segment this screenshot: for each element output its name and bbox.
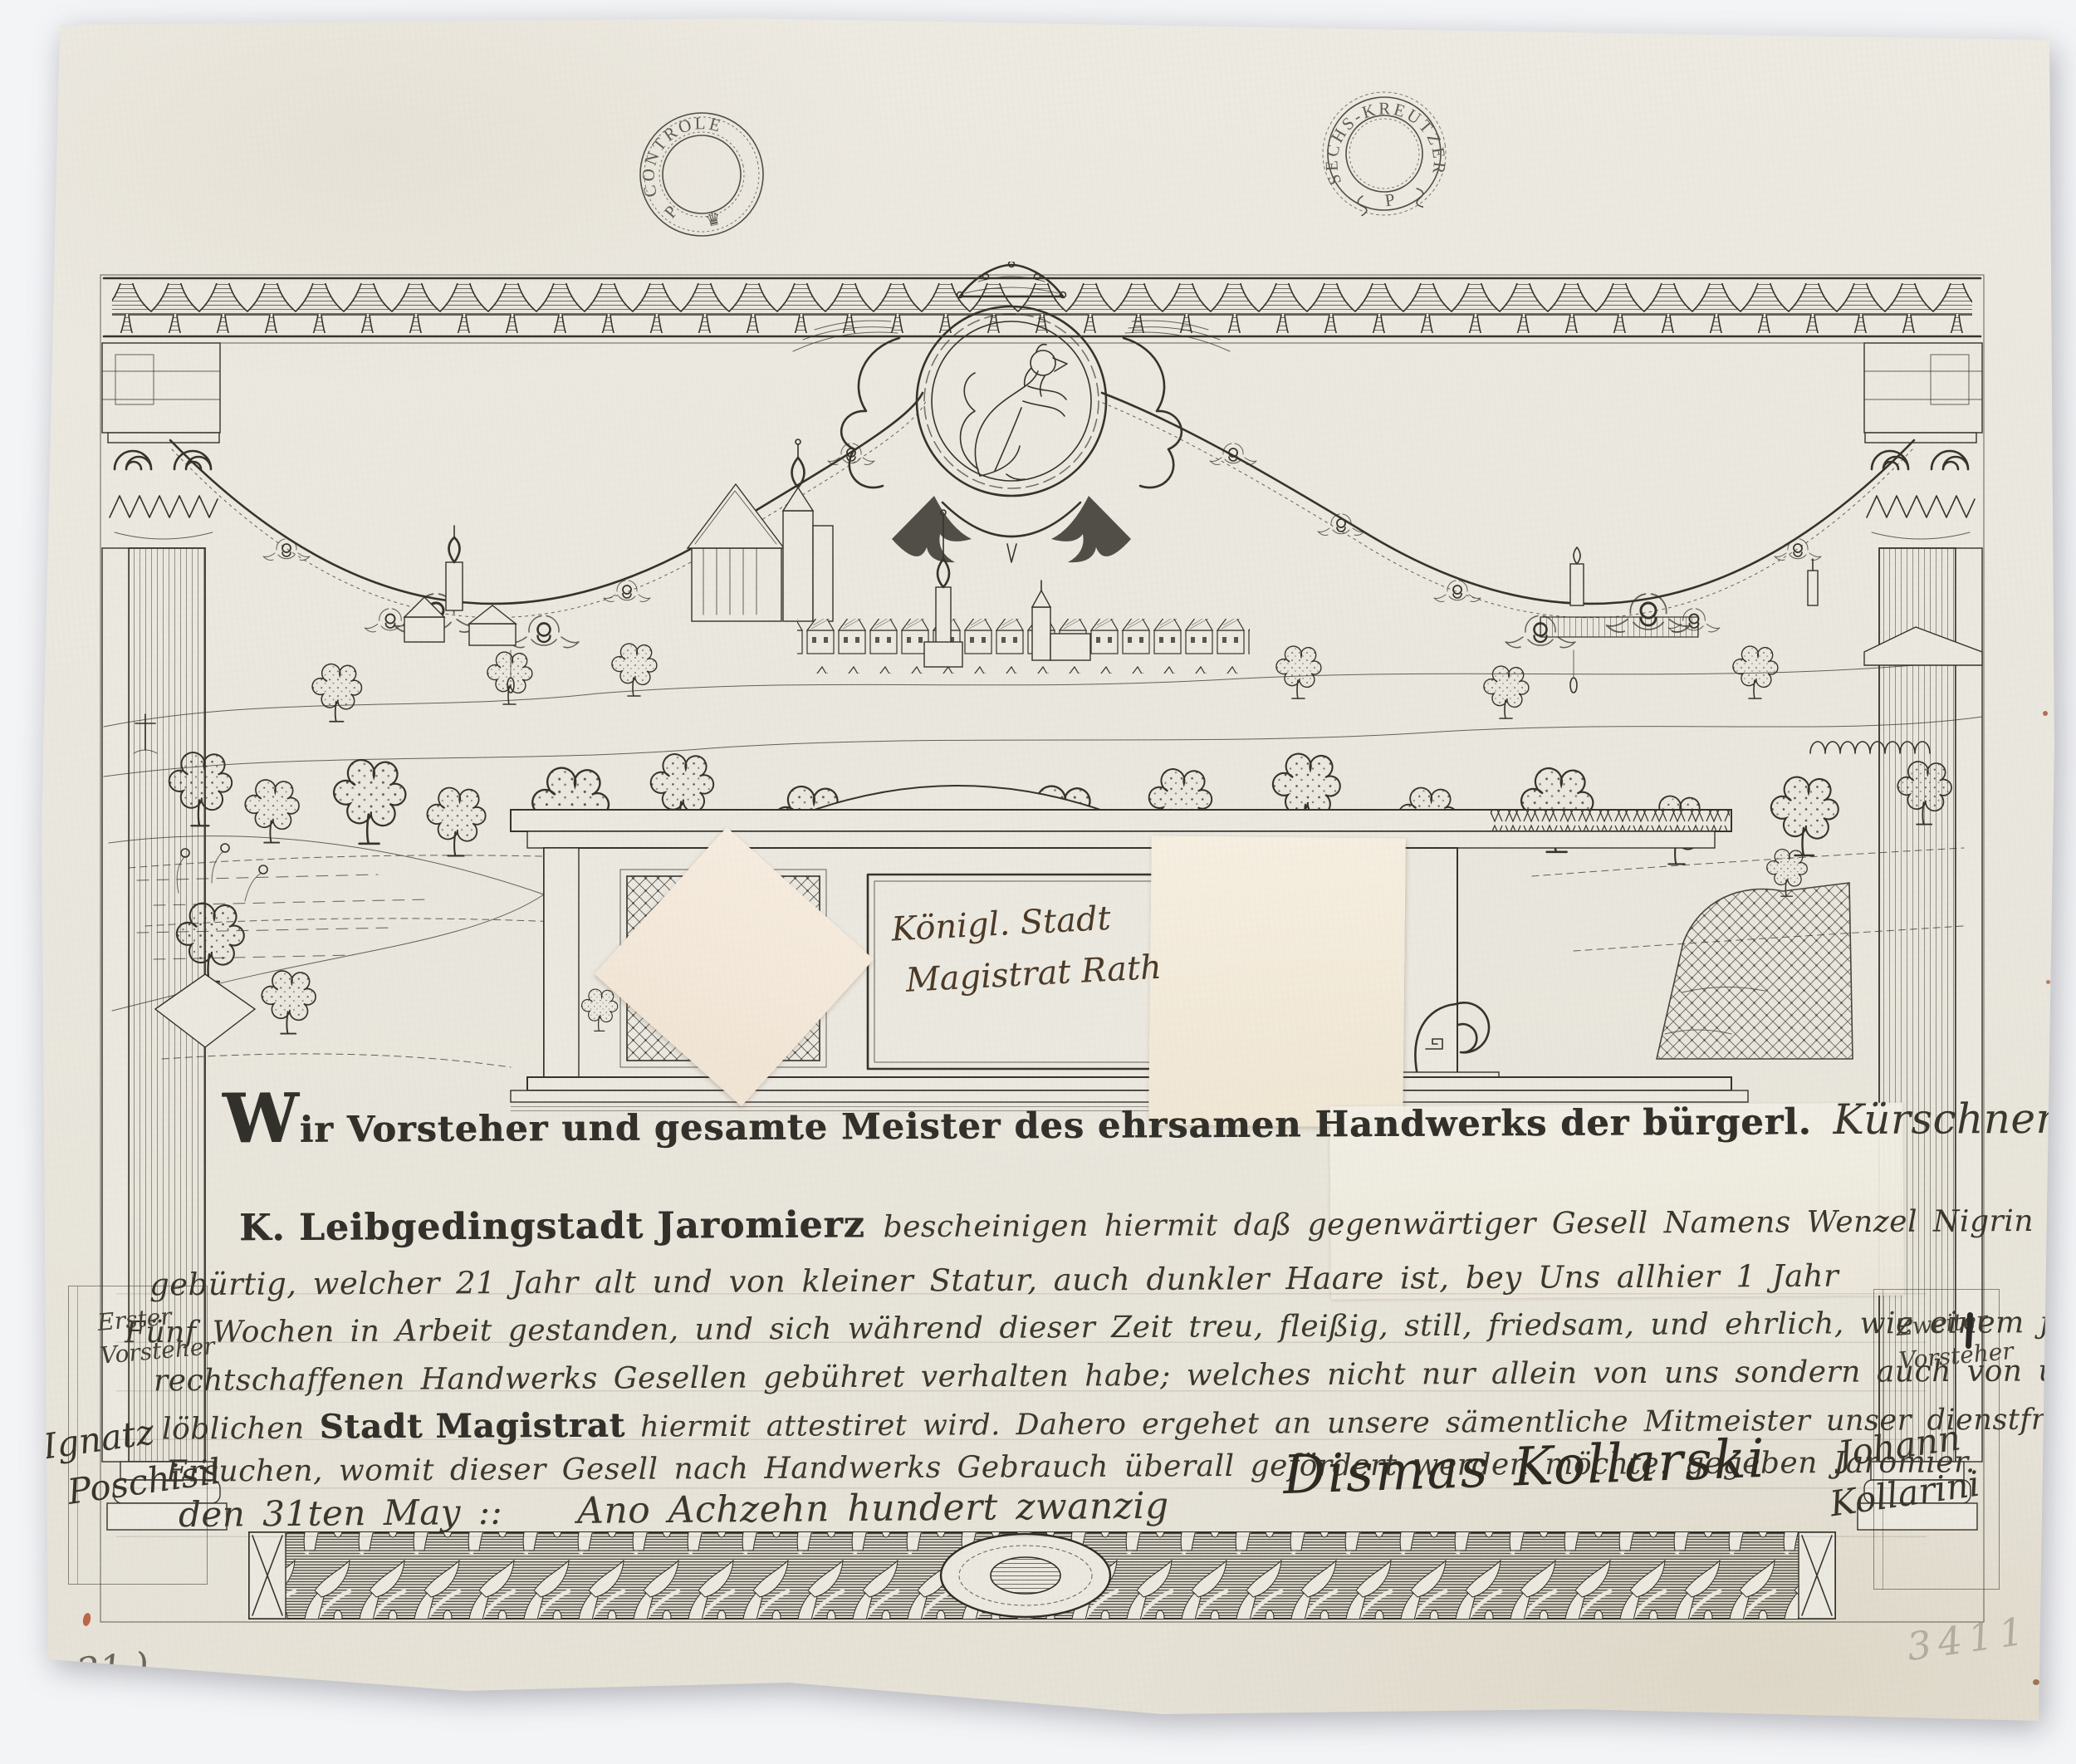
right-margin-box: Zweiter Vorsteher Johann Kollarini	[1873, 1289, 2000, 1590]
paper-wrap: CONTROLE ♛ P SECHS-KREUTZER P	[0, 0, 2076, 1764]
bottom-oak-frieze	[249, 1532, 1835, 1619]
tax-stamp-bottom-letter: P	[1383, 189, 1398, 211]
line8-year: Ano Achzehn hundert zwanzig	[577, 1485, 1169, 1532]
braid-strip	[1491, 811, 1730, 831]
line1-handwritten-text: Kürschner in der	[1833, 1094, 2076, 1144]
monument-inscription: Königl. Stadt Magistrat Rath	[890, 889, 1169, 1007]
houses-row	[797, 619, 1250, 674]
line2-handwritten-text: bescheinigen hiermit daß gegenwärtiger G…	[884, 1202, 2076, 1244]
cartouche-right-scroll	[1124, 338, 1182, 488]
line8-date: den 31ten May ::	[179, 1492, 503, 1535]
body-line-2: K. Leibgedingstadt Jaromierz bescheinige…	[239, 1198, 1917, 1250]
tax-stamp-text: SECHS-KREUTZER	[1313, 90, 1452, 194]
foxing-spot	[2046, 980, 2050, 984]
line2-printed-text: K. Leibgedingstadt Jaromierz	[239, 1203, 865, 1249]
tax-stamp-seal: SECHS-KREUTZER P	[1305, 74, 1464, 233]
main-church	[688, 439, 833, 621]
line6-printed-text: Stadt Magistrat	[319, 1406, 625, 1447]
control-stamp-side-letter: P	[660, 200, 683, 223]
pasted-patch-rectangle	[1148, 835, 1406, 1127]
cartouche-left-scroll	[841, 338, 899, 488]
line1-printed-text: Wir Vorsteher und gesamte Meister des eh…	[223, 1090, 1812, 1151]
right-corinthian-capital	[1865, 433, 1976, 539]
left-village-church	[404, 526, 516, 645]
right-cliff	[1657, 850, 1853, 1059]
foxing-spot	[2033, 1679, 2039, 1685]
inventory-number-ink: 21.)	[75, 1644, 150, 1693]
left-corinthian-capital	[108, 433, 219, 539]
control-stamp-text: CONTROLE	[626, 107, 738, 199]
body-line-1: Wir Vorsteher und gesamte Meister des eh…	[223, 1090, 1908, 1154]
control-stamp-seal: CONTROLE ♛ P	[618, 91, 786, 258]
rampant-lion-emblem	[961, 345, 1068, 480]
left-margin-box: Erster Vorsteher Ignatz Poschisil	[68, 1286, 208, 1585]
cartouche-wreath-ring	[924, 314, 1099, 488]
frieze-center-medallion	[941, 1534, 1110, 1617]
paper-sheet: CONTROLE ♛ P SECHS-KREUTZER P	[0, 0, 2076, 1764]
foxing-spot	[2043, 711, 2048, 716]
crown-icon: ♛	[703, 208, 725, 231]
photographed-document: { "page": {"backdrop": "#f3f4f6", "paper…	[0, 0, 2076, 1764]
